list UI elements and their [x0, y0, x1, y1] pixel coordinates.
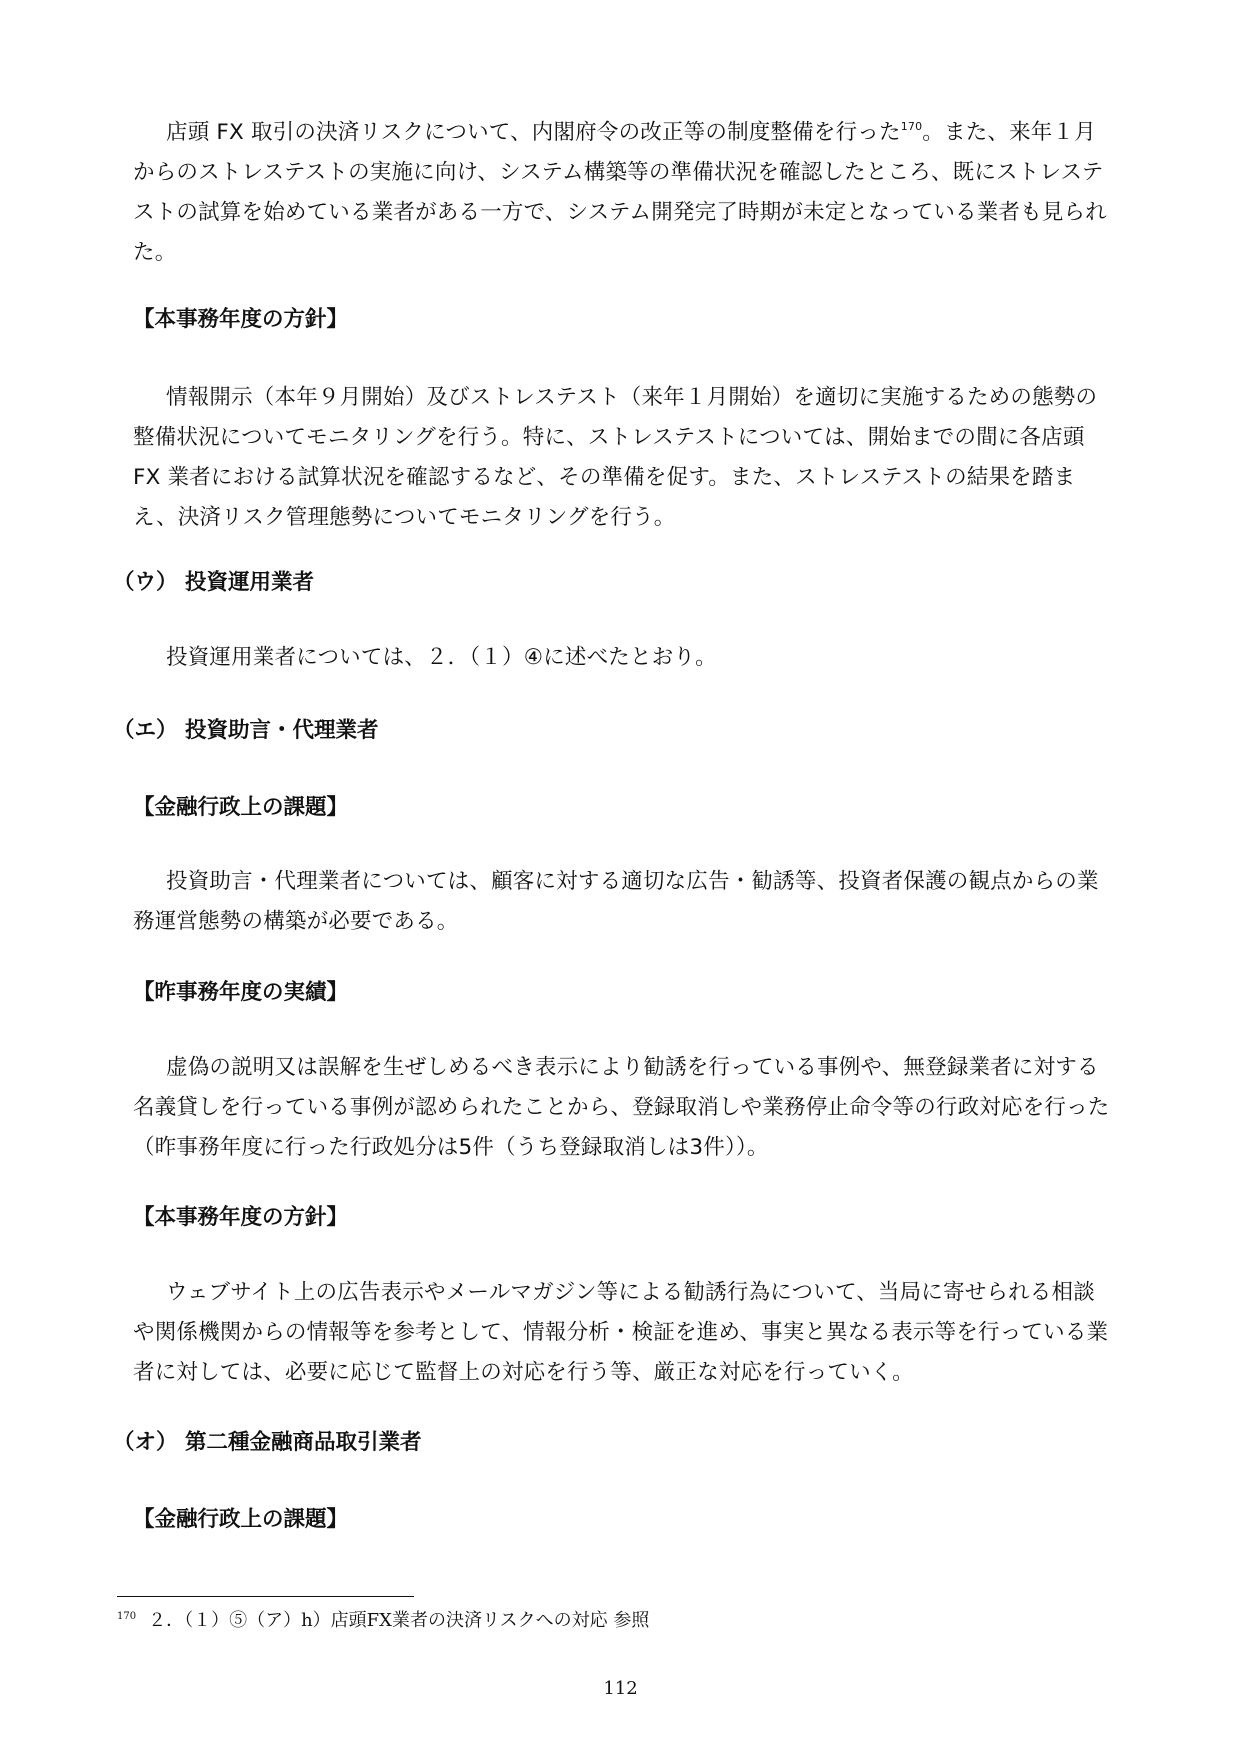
- paragraph-text: 虚偽の説明又は誤解を生ぜしめるべき表示により勧誘を行っている事例や、無登録業者に…: [133, 1055, 1110, 1160]
- footnote-divider: [117, 1596, 414, 1597]
- heading-results: 【昨事務年度の実績】: [133, 978, 348, 1008]
- paragraph-investment-management: 投資運用業者については、２．（１）④に述べたとおり。: [133, 638, 1113, 678]
- heading-policy-2: 【本事務年度の方針】: [133, 1203, 348, 1233]
- paragraph-text: 店頭 FX 取引の決済リスクについて、内閣府令の改正等の制度整備を行った: [166, 120, 901, 145]
- footnote-number: 170: [117, 1611, 136, 1622]
- paragraph-text: ウェブサイト上の広告表示やメールマガジン等による勧誘行為について、当局に寄せられ…: [133, 1280, 1108, 1385]
- footnote: 170２．（１）⑤（ア）h）店頭FX業者の決済リスクへの対応 参照: [117, 1604, 649, 1634]
- section-heading-advisory-agency: （エ） 投資助言・代理業者: [113, 716, 379, 746]
- paragraph-advisory-results: 虚偽の説明又は誤解を生ぜしめるべき表示により勧誘を行っている事例や、無登録業者に…: [133, 1048, 1113, 1168]
- paragraph-text: 投資運用業者については、２．（１）④に述べたとおり。: [166, 645, 717, 670]
- footnote-text: ２．（１）⑤（ア）h）店頭FX業者の決済リスクへの対応 参照: [148, 1610, 649, 1631]
- paragraph-text: 情報開示（本年９月開始）及びストレステスト（来年１月開始）を適切に実施するための…: [133, 385, 1097, 530]
- footnote-reference[interactable]: 170: [901, 120, 923, 133]
- paragraph-fx-settlement-risk: 店頭 FX 取引の決済リスクについて、内閣府令の改正等の制度整備を行った170。…: [133, 113, 1113, 273]
- page-number: 112: [0, 1678, 1241, 1699]
- heading-issues: 【金融行政上の課題】: [133, 793, 348, 823]
- paragraph-text: 投資助言・代理業者については、顧客に対する適切な広告・勧誘等、投資者保護の観点か…: [133, 869, 1099, 934]
- document-page: 店頭 FX 取引の決済リスクについて、内閣府令の改正等の制度整備を行った170。…: [0, 0, 1241, 1754]
- paragraph-advisory-policy: ウェブサイト上の広告表示やメールマガジン等による勧誘行為について、当局に寄せられ…: [133, 1273, 1113, 1393]
- section-heading-investment-management: （ウ） 投資運用業者: [113, 568, 314, 598]
- paragraph-advisory-issues: 投資助言・代理業者については、顧客に対する適切な広告・勧誘等、投資者保護の観点か…: [133, 862, 1113, 942]
- heading-policy: 【本事務年度の方針】: [133, 305, 348, 335]
- paragraph-monitoring-policy: 情報開示（本年９月開始）及びストレステスト（来年１月開始）を適切に実施するための…: [133, 378, 1113, 538]
- heading-issues-2: 【金融行政上の課題】: [133, 1505, 348, 1535]
- section-heading-type2-dealers: （オ） 第二種金融商品取引業者: [113, 1428, 422, 1458]
